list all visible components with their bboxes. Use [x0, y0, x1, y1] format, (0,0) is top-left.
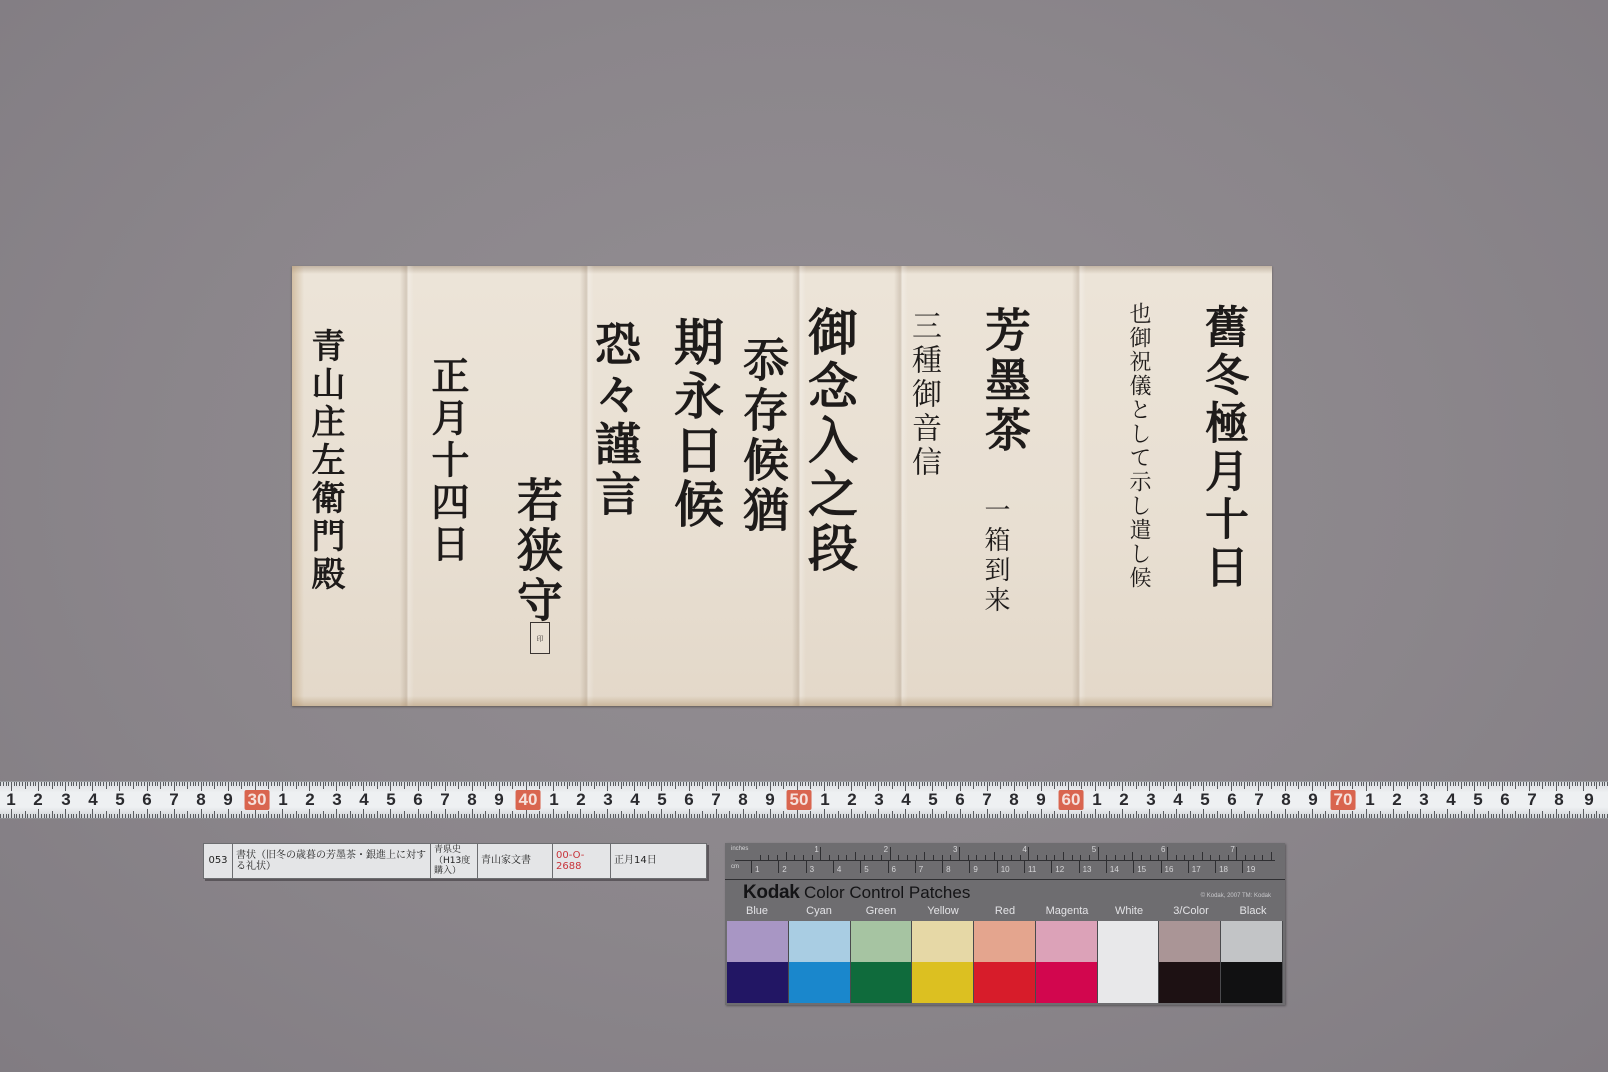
- tape-tick: [1488, 811, 1489, 818]
- tape-cm-label: 8: [196, 790, 205, 810]
- tape-tick: [919, 782, 920, 789]
- inch-tick: [1124, 855, 1125, 860]
- tape-tick: [713, 782, 714, 786]
- tape-cm-label: 8: [1554, 790, 1563, 810]
- tape-tick: [1212, 782, 1213, 786]
- tape-tick: [1287, 814, 1288, 818]
- tape-cm-label: 4: [630, 790, 639, 810]
- tape-tick: [1160, 782, 1161, 786]
- color-patches: [727, 921, 1283, 1003]
- tape-tick: [1095, 809, 1096, 818]
- tape-tick: [241, 782, 242, 789]
- tape-tick: [49, 782, 50, 786]
- tape-tick: [171, 782, 172, 786]
- inch-tick: [1054, 855, 1055, 860]
- tape-tick: [1049, 782, 1050, 786]
- tape-cm-label: 6: [955, 790, 964, 810]
- tape-tick: [1071, 814, 1072, 818]
- tape-tick: [1146, 782, 1147, 786]
- tape-tick: [531, 782, 532, 786]
- tape-tick: [1209, 782, 1210, 786]
- tape-tick: [699, 782, 700, 786]
- tape-tick: [103, 814, 104, 818]
- tape-tick: [1144, 814, 1145, 818]
- tape-tick: [640, 814, 641, 818]
- tape-tick: [1044, 814, 1045, 818]
- tape-tick: [718, 782, 719, 786]
- tape-tick: [1155, 814, 1156, 818]
- tape-tick: [621, 782, 622, 789]
- tape-tick: [412, 814, 413, 818]
- tape-tick: [76, 814, 77, 818]
- tape-tick: [57, 782, 58, 786]
- tape-tick: [1076, 814, 1077, 818]
- tape-tick: [735, 814, 736, 818]
- tape-tick: [1361, 782, 1362, 786]
- inch-tick: [1202, 852, 1203, 860]
- inch-mark: 2: [884, 845, 888, 854]
- tape-tick: [79, 811, 80, 818]
- tape-tick: [236, 782, 237, 786]
- tape-tick: [835, 782, 836, 786]
- tape-tick: [331, 814, 332, 818]
- tape-tick: [220, 782, 221, 786]
- tape-tick: [1580, 782, 1581, 786]
- tape-tick: [271, 782, 272, 786]
- tape-tick: [1317, 782, 1318, 786]
- tape-tick: [1507, 782, 1508, 786]
- tape-tick: [591, 814, 592, 818]
- tape-tick: [1309, 814, 1310, 818]
- tape-tick: [889, 782, 890, 786]
- addressee-column: 青山庄左衛門殿: [308, 328, 342, 594]
- tape-tick: [1046, 782, 1047, 786]
- cm-mark: 9: [973, 865, 977, 874]
- tape-tick: [420, 814, 421, 818]
- tape-tick: [1304, 782, 1305, 786]
- tape-tick: [182, 782, 183, 786]
- tape-tick: [320, 782, 321, 786]
- letter-document: 舊冬極月十日 也御祝儀として示し遣し候 芳墨茶 一箱到来 三種御音信 御念入之段…: [292, 266, 1272, 706]
- tape-tick: [485, 782, 486, 789]
- tape-tick: [374, 814, 375, 818]
- tape-tick: [567, 782, 568, 789]
- tape-tick: [1195, 814, 1196, 818]
- tape-tick: [315, 814, 316, 818]
- tape-tick: [1553, 814, 1554, 818]
- tape-tick: [488, 814, 489, 818]
- tape-tick: [995, 814, 996, 818]
- tape-tick: [6, 782, 7, 786]
- tape-tick: [913, 814, 914, 818]
- inch-tick: [1020, 855, 1021, 860]
- tape-tick: [911, 814, 912, 818]
- tape-tick: [290, 814, 291, 818]
- tape-tick: [54, 814, 55, 818]
- tape-tick: [1141, 782, 1142, 786]
- tape-tick: [534, 814, 535, 818]
- tape-tick: [423, 782, 424, 786]
- cm-tick: [997, 861, 998, 873]
- tape-cm-label: 5: [928, 790, 937, 810]
- tape-tick: [1474, 809, 1475, 818]
- inch-tick: [794, 855, 795, 860]
- tape-tick: [22, 814, 23, 818]
- tape-cm-label: 1: [820, 790, 829, 810]
- tape-tick: [201, 809, 202, 818]
- tape-tick: [1279, 814, 1280, 818]
- cm-mark: 14: [1110, 865, 1119, 874]
- inch-tick: [1176, 855, 1177, 860]
- tape-tick: [1577, 782, 1578, 786]
- catalog-label: 053 書状（旧冬の歳暮の芳墨茶・銀進上に対する礼状） 青県史（H13度購入） …: [203, 843, 707, 879]
- tape-tick: [179, 782, 180, 786]
- tape-tick: [393, 782, 394, 786]
- patch-dark-magenta: [1036, 962, 1098, 1003]
- tape-tick: [1361, 814, 1362, 818]
- tape-tick: [960, 809, 961, 818]
- tape-tick: [363, 809, 364, 818]
- tape-tick: [512, 811, 513, 818]
- tape-tick: [141, 782, 142, 786]
- inch-tick: [1254, 855, 1255, 860]
- tape-tick: [109, 814, 110, 818]
- tape-tick: [903, 782, 904, 786]
- tape-tick: [737, 782, 738, 786]
- tape-tick: [380, 814, 381, 818]
- tape-tick: [951, 782, 952, 786]
- tape-tick: [1374, 814, 1375, 818]
- tape-tick: [62, 782, 63, 786]
- tape-tick: [680, 782, 681, 786]
- tape-tick: [1241, 814, 1242, 818]
- tape-tick: [1006, 814, 1007, 818]
- cm-mark: 19: [1246, 865, 1255, 874]
- tape-tick: [54, 782, 55, 786]
- inch-tick: [846, 855, 847, 860]
- tape-tick: [16, 814, 17, 818]
- tape-tick: [106, 811, 107, 818]
- tape-tick: [1404, 814, 1405, 818]
- tape-tick: [1073, 814, 1074, 818]
- inch-tick: [864, 855, 865, 860]
- tape-tick: [1190, 811, 1191, 818]
- tape-tick: [1214, 814, 1215, 818]
- tape-cm-label: 8: [1281, 790, 1290, 810]
- tape-tick: [35, 814, 36, 818]
- tape-tick: [556, 814, 557, 818]
- inch-unit-label: inches: [731, 846, 748, 852]
- tape-tick: [1458, 782, 1459, 786]
- tape-tick: [1263, 782, 1264, 786]
- tape-tick: [155, 814, 156, 818]
- inch-tick: [994, 852, 995, 860]
- tape-tick: [309, 809, 310, 818]
- tape-tick: [502, 814, 503, 818]
- tape-tick: [1488, 782, 1489, 789]
- tape-tick: [1333, 782, 1334, 786]
- tape-tick: [1458, 814, 1459, 818]
- tape-tick: [504, 814, 505, 818]
- tape-tick: [599, 814, 600, 818]
- tape-tick: [477, 814, 478, 818]
- signature-column: 若狭守: [514, 476, 560, 626]
- tape-tick: [193, 814, 194, 818]
- tape-cm-label: 5: [1473, 790, 1482, 810]
- tape-tick: [537, 814, 538, 818]
- tape-tick: [594, 811, 595, 818]
- tape-tick: [1103, 782, 1104, 786]
- tape-tick: [179, 814, 180, 818]
- tape-tick: [916, 814, 917, 818]
- tape-tick: [1141, 814, 1142, 818]
- tape-tick: [1374, 782, 1375, 786]
- calligraphy-column: 御念入之段: [804, 306, 854, 576]
- tape-tick: [1369, 814, 1370, 818]
- tape-tick: [231, 782, 232, 786]
- tape-tick: [1409, 814, 1410, 818]
- tape-tick: [1539, 782, 1540, 786]
- inch-tick: [950, 855, 951, 860]
- tape-tick: [1128, 782, 1129, 786]
- tape-tick: [813, 782, 814, 786]
- tape-tick: [1301, 782, 1302, 786]
- tape-cm-label: 6: [413, 790, 422, 810]
- tape-tick: [382, 814, 383, 818]
- tape-tick: [1461, 811, 1462, 818]
- tape-tick: [1586, 814, 1587, 818]
- cm-tick: [1188, 861, 1189, 873]
- tape-tick: [507, 814, 508, 818]
- tape-tick: [436, 782, 437, 786]
- tape-tick: [1591, 782, 1592, 786]
- label-collection: 青山家文書: [478, 844, 553, 878]
- tape-tick: [431, 782, 432, 789]
- cm-mark: 8: [946, 865, 950, 874]
- inch-tick: [1271, 852, 1272, 860]
- tape-tick: [897, 782, 898, 786]
- tape-tick: [892, 811, 893, 818]
- tape-tick: [347, 814, 348, 818]
- tape-tick: [1111, 782, 1112, 786]
- tape-tick: [523, 782, 524, 786]
- tape-tick: [217, 782, 218, 786]
- tape-tick: [1480, 782, 1481, 786]
- tape-tick: [783, 811, 784, 818]
- tape-tick: [1477, 814, 1478, 818]
- tape-tick: [713, 814, 714, 818]
- tape-tick: [900, 782, 901, 786]
- inch-tick: [968, 855, 969, 860]
- tape-tick: [241, 811, 242, 818]
- tape-decade-label: 70: [1331, 790, 1356, 810]
- tape-cm-label: 2: [847, 790, 856, 810]
- tape-tick: [1019, 814, 1020, 818]
- tape-decade-label: 60: [1059, 790, 1084, 810]
- inch-tick: [1184, 855, 1185, 860]
- tape-tick: [520, 814, 521, 818]
- tape-tick: [1038, 782, 1039, 786]
- tape-tick: [355, 782, 356, 786]
- tape-tick: [1225, 814, 1226, 818]
- inch-tick: [881, 855, 882, 860]
- tape-tick: [978, 782, 979, 786]
- tape-tick: [1146, 814, 1147, 818]
- tape-tick: [919, 811, 920, 818]
- tape-tick: [1417, 782, 1418, 786]
- tape-tick: [8, 814, 9, 818]
- tape-tick: [111, 782, 112, 786]
- tape-tick: [1371, 814, 1372, 818]
- tape-tick: [450, 814, 451, 818]
- tape-tick: [1407, 782, 1408, 789]
- inch-tick: [872, 855, 873, 860]
- tape-tick: [1550, 814, 1551, 818]
- tape-tick: [1561, 782, 1562, 786]
- tape-tick: [1567, 782, 1568, 786]
- tape-tick: [1344, 814, 1345, 818]
- tape-tick: [737, 814, 738, 818]
- tape-tick: [640, 782, 641, 786]
- cm-mark: 5: [864, 865, 868, 874]
- tape-tick: [1244, 811, 1245, 818]
- tape-tick: [1548, 814, 1549, 818]
- tape-tick: [816, 814, 817, 818]
- tape-tick: [266, 814, 267, 818]
- tape-tick: [651, 814, 652, 818]
- tape-tick: [1442, 782, 1443, 786]
- tape-tick: [144, 814, 145, 818]
- tape-tick: [1011, 814, 1012, 818]
- tape-tick: [301, 782, 302, 786]
- tape-tick: [1271, 782, 1272, 789]
- tape-tick: [304, 782, 305, 786]
- patch-label-yellow: Yellow: [912, 905, 974, 917]
- tape-tick: [561, 814, 562, 818]
- tape-tick: [1163, 782, 1164, 789]
- tape-tick: [95, 814, 96, 818]
- tape-tick: [1583, 809, 1584, 818]
- tape-tick: [98, 782, 99, 786]
- tape-tick: [1171, 814, 1172, 818]
- cm-tick: [942, 861, 943, 873]
- tape-tick: [1290, 814, 1291, 818]
- patch-dark-green: [851, 962, 913, 1003]
- tape-cm-label: 5: [1200, 790, 1209, 810]
- tape-tick: [1268, 782, 1269, 786]
- tape-tick: [1596, 811, 1597, 818]
- tape-tick: [1209, 814, 1210, 818]
- tape-tick: [469, 814, 470, 818]
- tape-tick: [588, 782, 589, 786]
- calligraphy-column: 期永日候: [670, 316, 720, 532]
- tape-tick: [802, 814, 803, 818]
- tape-tick: [1247, 782, 1248, 786]
- tape-tick: [604, 782, 605, 786]
- tape-tick: [949, 814, 950, 818]
- inch-tick: [1106, 855, 1107, 860]
- tape-tick: [968, 814, 969, 818]
- inch-tick: [1037, 855, 1038, 860]
- tape-tick: [1157, 814, 1158, 818]
- label-title: 書状（旧冬の歳暮の芳墨茶・銀進上に対する礼状）: [233, 844, 431, 878]
- tape-tick: [1469, 782, 1470, 786]
- tape-tick: [1531, 814, 1532, 818]
- tape-tick: [333, 782, 334, 786]
- tape-tick: [236, 814, 237, 818]
- tape-tick: [702, 811, 703, 818]
- tape-tick: [144, 782, 145, 786]
- tape-tick: [604, 814, 605, 818]
- fold-line: [1072, 266, 1086, 706]
- tape-tick: [1144, 782, 1145, 786]
- patch-light-green: [851, 921, 913, 962]
- tape-tick: [867, 814, 868, 818]
- patch-dark-3-color: [1159, 962, 1221, 1003]
- tape-tick: [168, 814, 169, 818]
- tape-tick: [461, 782, 462, 786]
- tape-tick: [583, 814, 584, 818]
- tape-tick: [1531, 782, 1532, 786]
- tape-tick: [1320, 814, 1321, 818]
- tape-tick: [496, 782, 497, 786]
- tape-tick: [1347, 782, 1348, 786]
- tape-tick: [1119, 814, 1120, 818]
- tape-tick: [385, 814, 386, 818]
- tape-tick: [802, 782, 803, 786]
- tape-tick: [1165, 814, 1166, 818]
- tape-tick: [1119, 782, 1120, 786]
- tape-tick: [575, 814, 576, 818]
- tape-tick: [1526, 782, 1527, 786]
- tape-tick: [870, 814, 871, 818]
- calligraphy-column: 芳墨茶: [982, 306, 1028, 456]
- tape-tick: [220, 814, 221, 818]
- tape-tick: [336, 809, 337, 818]
- tape-tick: [44, 814, 45, 818]
- tape-tick: [664, 814, 665, 818]
- tape-tick: [1401, 814, 1402, 818]
- tape-tick: [1117, 814, 1118, 818]
- tape-tick: [290, 782, 291, 786]
- tape-cm-label: 4: [88, 790, 97, 810]
- tape-tick: [840, 782, 841, 786]
- tape-tick: [1103, 814, 1104, 818]
- tape-tick: [358, 814, 359, 818]
- tape-tick: [344, 814, 345, 818]
- tape-tick: [721, 814, 722, 818]
- tape-tick: [206, 782, 207, 786]
- tape-cm-label: 7: [982, 790, 991, 810]
- tape-tick: [1241, 782, 1242, 786]
- tape-tick: [1428, 814, 1429, 818]
- label-catalog-id: 00-O-2688: [553, 844, 611, 878]
- tape-tick: [819, 782, 820, 786]
- tape-cm-label: 9: [494, 790, 503, 810]
- tape-tick: [1003, 814, 1004, 818]
- tape-tick: [843, 814, 844, 818]
- tape-tick: [73, 814, 74, 818]
- tape-tick: [846, 782, 847, 786]
- tape-tick: [41, 782, 42, 786]
- cm-mark: 16: [1165, 865, 1174, 874]
- tape-tick: [721, 782, 722, 786]
- tape-tick: [1106, 814, 1107, 818]
- tape-tick: [1065, 782, 1066, 786]
- tape-cm-label: 7: [711, 790, 720, 810]
- tape-tick: [984, 782, 985, 786]
- tape-tick: [732, 814, 733, 818]
